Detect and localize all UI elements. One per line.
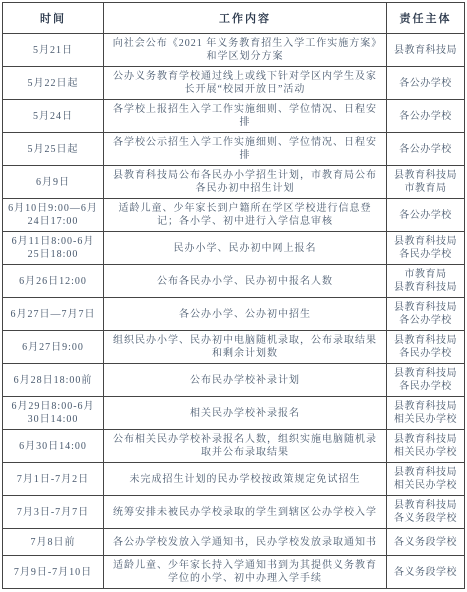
- col-header-owner: 责任主体: [387, 3, 465, 34]
- content-cell: 适龄儿童、少年家长到户籍所在学区学校进行信息登记；各小学、初中进行入学信息审核: [104, 199, 387, 232]
- time-cell: 6月9日: [3, 166, 104, 199]
- owner-line: 各公办学校: [389, 314, 462, 327]
- owner-line: 县教育科技局: [389, 367, 462, 380]
- owner-line: 相关民办学校: [389, 446, 462, 459]
- content-cell: 组织民办小学、民办初中电脑随机录取，公布录取结果和剩余计划数: [104, 331, 387, 364]
- table-row: 7月3日-7月7日 统筹安排未被民办学校录取的学生到辖区公办学校入学 县教育科技…: [3, 496, 465, 529]
- owner-cell: 各义务段学校: [387, 556, 465, 589]
- owner-line: 各公办学校: [389, 209, 462, 222]
- owner-cell: 县教育科技局各民办学校: [387, 232, 465, 265]
- owner-line: 各民办学校: [389, 347, 462, 360]
- table-row: 7月8日前 各公办学校发放入学通知书，民办学校发放录取通知书 各义务段学校: [3, 529, 465, 556]
- owner-line: 市教育局: [389, 268, 462, 281]
- table-row: 6月11日8:00-6月25日18:00 民办小学、民办初中网上报名 县教育科技…: [3, 232, 465, 265]
- owner-cell: 县教育科技局相关民办学校: [387, 397, 465, 430]
- enrollment-schedule-page: 时间 工作内容 责任主体 5月21日 向社会公布《2021 年义务教育招生入学工…: [0, 0, 467, 592]
- table-row: 5月21日 向社会公布《2021 年义务教育招生入学工作实施方案》和学区划分方案…: [3, 34, 465, 67]
- owner-cell: 各公办学校: [387, 133, 465, 166]
- table-row: 5月24日 各学校上报招生入学工作实施细则、学位情况、日程安排 各公办学校: [3, 100, 465, 133]
- owner-line: 县教育科技局: [389, 334, 462, 347]
- time-cell: 6月29日8:00-6月30日14:00: [3, 397, 104, 430]
- table-row: 6月28日18:00前 公布民办学校补录计划 县教育科技局各民办学校: [3, 364, 465, 397]
- content-cell: 各公办学校发放入学通知书，民办学校发放录取通知书: [104, 529, 387, 556]
- owner-line: 县教育科技局: [389, 433, 462, 446]
- table-row: 5月22日起 公办义务教育学校通过线上或线下针对学区内学生及家长开展“校园开放日…: [3, 67, 465, 100]
- owner-line: 各义务段学校: [389, 566, 462, 579]
- owner-line: 各义务段学校: [389, 536, 462, 549]
- content-cell: 各公办小学、公办初中招生: [104, 298, 387, 331]
- time-cell: 6月27日—7月7日: [3, 298, 104, 331]
- col-header-content: 工作内容: [104, 3, 387, 34]
- table-row: 6月27日—7月7日 各公办小学、公办初中招生 县教育科技局各公办学校: [3, 298, 465, 331]
- time-cell: 5月24日: [3, 100, 104, 133]
- content-cell: 相关民办学校补录报名: [104, 397, 387, 430]
- table-body: 5月21日 向社会公布《2021 年义务教育招生入学工作实施方案》和学区划分方案…: [3, 34, 465, 589]
- time-cell: 7月8日前: [3, 529, 104, 556]
- owner-cell: 各公办学校: [387, 199, 465, 232]
- table-row: 6月9日 县教育科技局公布各民办小学招生计划，市教育局公布各民办初中招生计划 县…: [3, 166, 465, 199]
- content-cell: 各学校公示招生入学工作实施细则、学位情况、日程安排: [104, 133, 387, 166]
- content-cell: 未完成招生计划的民办学校按政策规定免试招生: [104, 463, 387, 496]
- time-cell: 6月26日12:00: [3, 265, 104, 298]
- time-cell: 6月11日8:00-6月25日18:00: [3, 232, 104, 265]
- table-row: 6月29日8:00-6月30日14:00 相关民办学校补录报名 县教育科技局相关…: [3, 397, 465, 430]
- table-row: 5月25日起 各学校公示招生入学工作实施细则、学位情况、日程安排 各公办学校: [3, 133, 465, 166]
- time-cell: 7月3日-7月7日: [3, 496, 104, 529]
- owner-line: 县教育科技局: [389, 499, 462, 512]
- content-cell: 向社会公布《2021 年义务教育招生入学工作实施方案》和学区划分方案: [104, 34, 387, 67]
- owner-line: 县教育科技局: [389, 281, 462, 294]
- owner-cell: 县教育科技局相关民办学校: [387, 430, 465, 463]
- enrollment-schedule-table: 时间 工作内容 责任主体 5月21日 向社会公布《2021 年义务教育招生入学工…: [2, 2, 465, 589]
- content-cell: 公办义务教育学校通过线上或线下针对学区内学生及家长开展“校园开放日”活动: [104, 67, 387, 100]
- owner-cell: 县教育科技局市教育局: [387, 166, 465, 199]
- time-cell: 6月10日9:00—6月24日17:00: [3, 199, 104, 232]
- content-cell: 各学校上报招生入学工作实施细则、学位情况、日程安排: [104, 100, 387, 133]
- table-row: 6月27日9:00 组织民办小学、民办初中电脑随机录取，公布录取结果和剩余计划数…: [3, 331, 465, 364]
- time-cell: 5月21日: [3, 34, 104, 67]
- table-row: 6月10日9:00—6月24日17:00 适龄儿童、少年家长到户籍所在学区学校进…: [3, 199, 465, 232]
- time-cell: 6月30日14:00: [3, 430, 104, 463]
- table-row: 7月9日-7月10日 适龄儿童、少年家长持入学通知书到为其提供义务教育学位的小学…: [3, 556, 465, 589]
- owner-line: 市教育局: [389, 182, 462, 195]
- owner-line: 各民办学校: [389, 248, 462, 261]
- owner-cell: 县教育科技局: [387, 34, 465, 67]
- owner-cell: 各公办学校: [387, 100, 465, 133]
- content-cell: 公布民办学校补录计划: [104, 364, 387, 397]
- time-cell: 7月9日-7月10日: [3, 556, 104, 589]
- header-row: 时间 工作内容 责任主体: [3, 3, 465, 34]
- owner-line: 各公办学校: [389, 143, 462, 156]
- content-cell: 民办小学、民办初中网上报名: [104, 232, 387, 265]
- content-cell: 统筹安排未被民办学校录取的学生到辖区公办学校入学: [104, 496, 387, 529]
- owner-line: 县教育科技局: [389, 235, 462, 248]
- content-cell: 公布各民办小学、民办初中报名人数: [104, 265, 387, 298]
- table-row: 6月30日14:00 公布相关民办学校补录报名人数，组织实施电脑随机录取并公布录…: [3, 430, 465, 463]
- owner-cell: 县教育科技局相关民办学校: [387, 463, 465, 496]
- owner-line: 各义务段学校: [389, 512, 462, 525]
- owner-cell: 县教育科技局各民办学校: [387, 364, 465, 397]
- owner-cell: 县教育科技局各民办学校: [387, 331, 465, 364]
- table-row: 7月1日-7月2日 未完成招生计划的民办学校按政策规定免试招生 县教育科技局相关…: [3, 463, 465, 496]
- time-cell: 6月28日18:00前: [3, 364, 104, 397]
- owner-line: 各公办学校: [389, 77, 462, 90]
- owner-line: 县教育科技局: [389, 169, 462, 182]
- owner-line: 各公办学校: [389, 110, 462, 123]
- owner-line: 县教育科技局: [389, 44, 462, 57]
- owner-cell: 市教育局县教育科技局: [387, 265, 465, 298]
- owner-line: 相关民办学校: [389, 479, 462, 492]
- owner-cell: 县教育科技局各义务段学校: [387, 496, 465, 529]
- col-header-time: 时间: [3, 3, 104, 34]
- table-row: 6月26日12:00 公布各民办小学、民办初中报名人数 市教育局县教育科技局: [3, 265, 465, 298]
- owner-line: 相关民办学校: [389, 413, 462, 426]
- content-cell: 公布相关民办学校补录报名人数，组织实施电脑随机录取并公布录取结果: [104, 430, 387, 463]
- content-cell: 县教育科技局公布各民办小学招生计划，市教育局公布各民办初中招生计划: [104, 166, 387, 199]
- owner-line: 各民办学校: [389, 380, 462, 393]
- time-cell: 5月22日起: [3, 67, 104, 100]
- owner-line: 县教育科技局: [389, 301, 462, 314]
- owner-cell: 各公办学校: [387, 67, 465, 100]
- owner-line: 县教育科技局: [389, 466, 462, 479]
- owner-line: 县教育科技局: [389, 400, 462, 413]
- time-cell: 6月27日9:00: [3, 331, 104, 364]
- owner-cell: 县教育科技局各公办学校: [387, 298, 465, 331]
- time-cell: 5月25日起: [3, 133, 104, 166]
- content-cell: 适龄儿童、少年家长持入学通知书到为其提供义务教育学位的小学、初中办理入学手续: [104, 556, 387, 589]
- owner-cell: 各义务段学校: [387, 529, 465, 556]
- time-cell: 7月1日-7月2日: [3, 463, 104, 496]
